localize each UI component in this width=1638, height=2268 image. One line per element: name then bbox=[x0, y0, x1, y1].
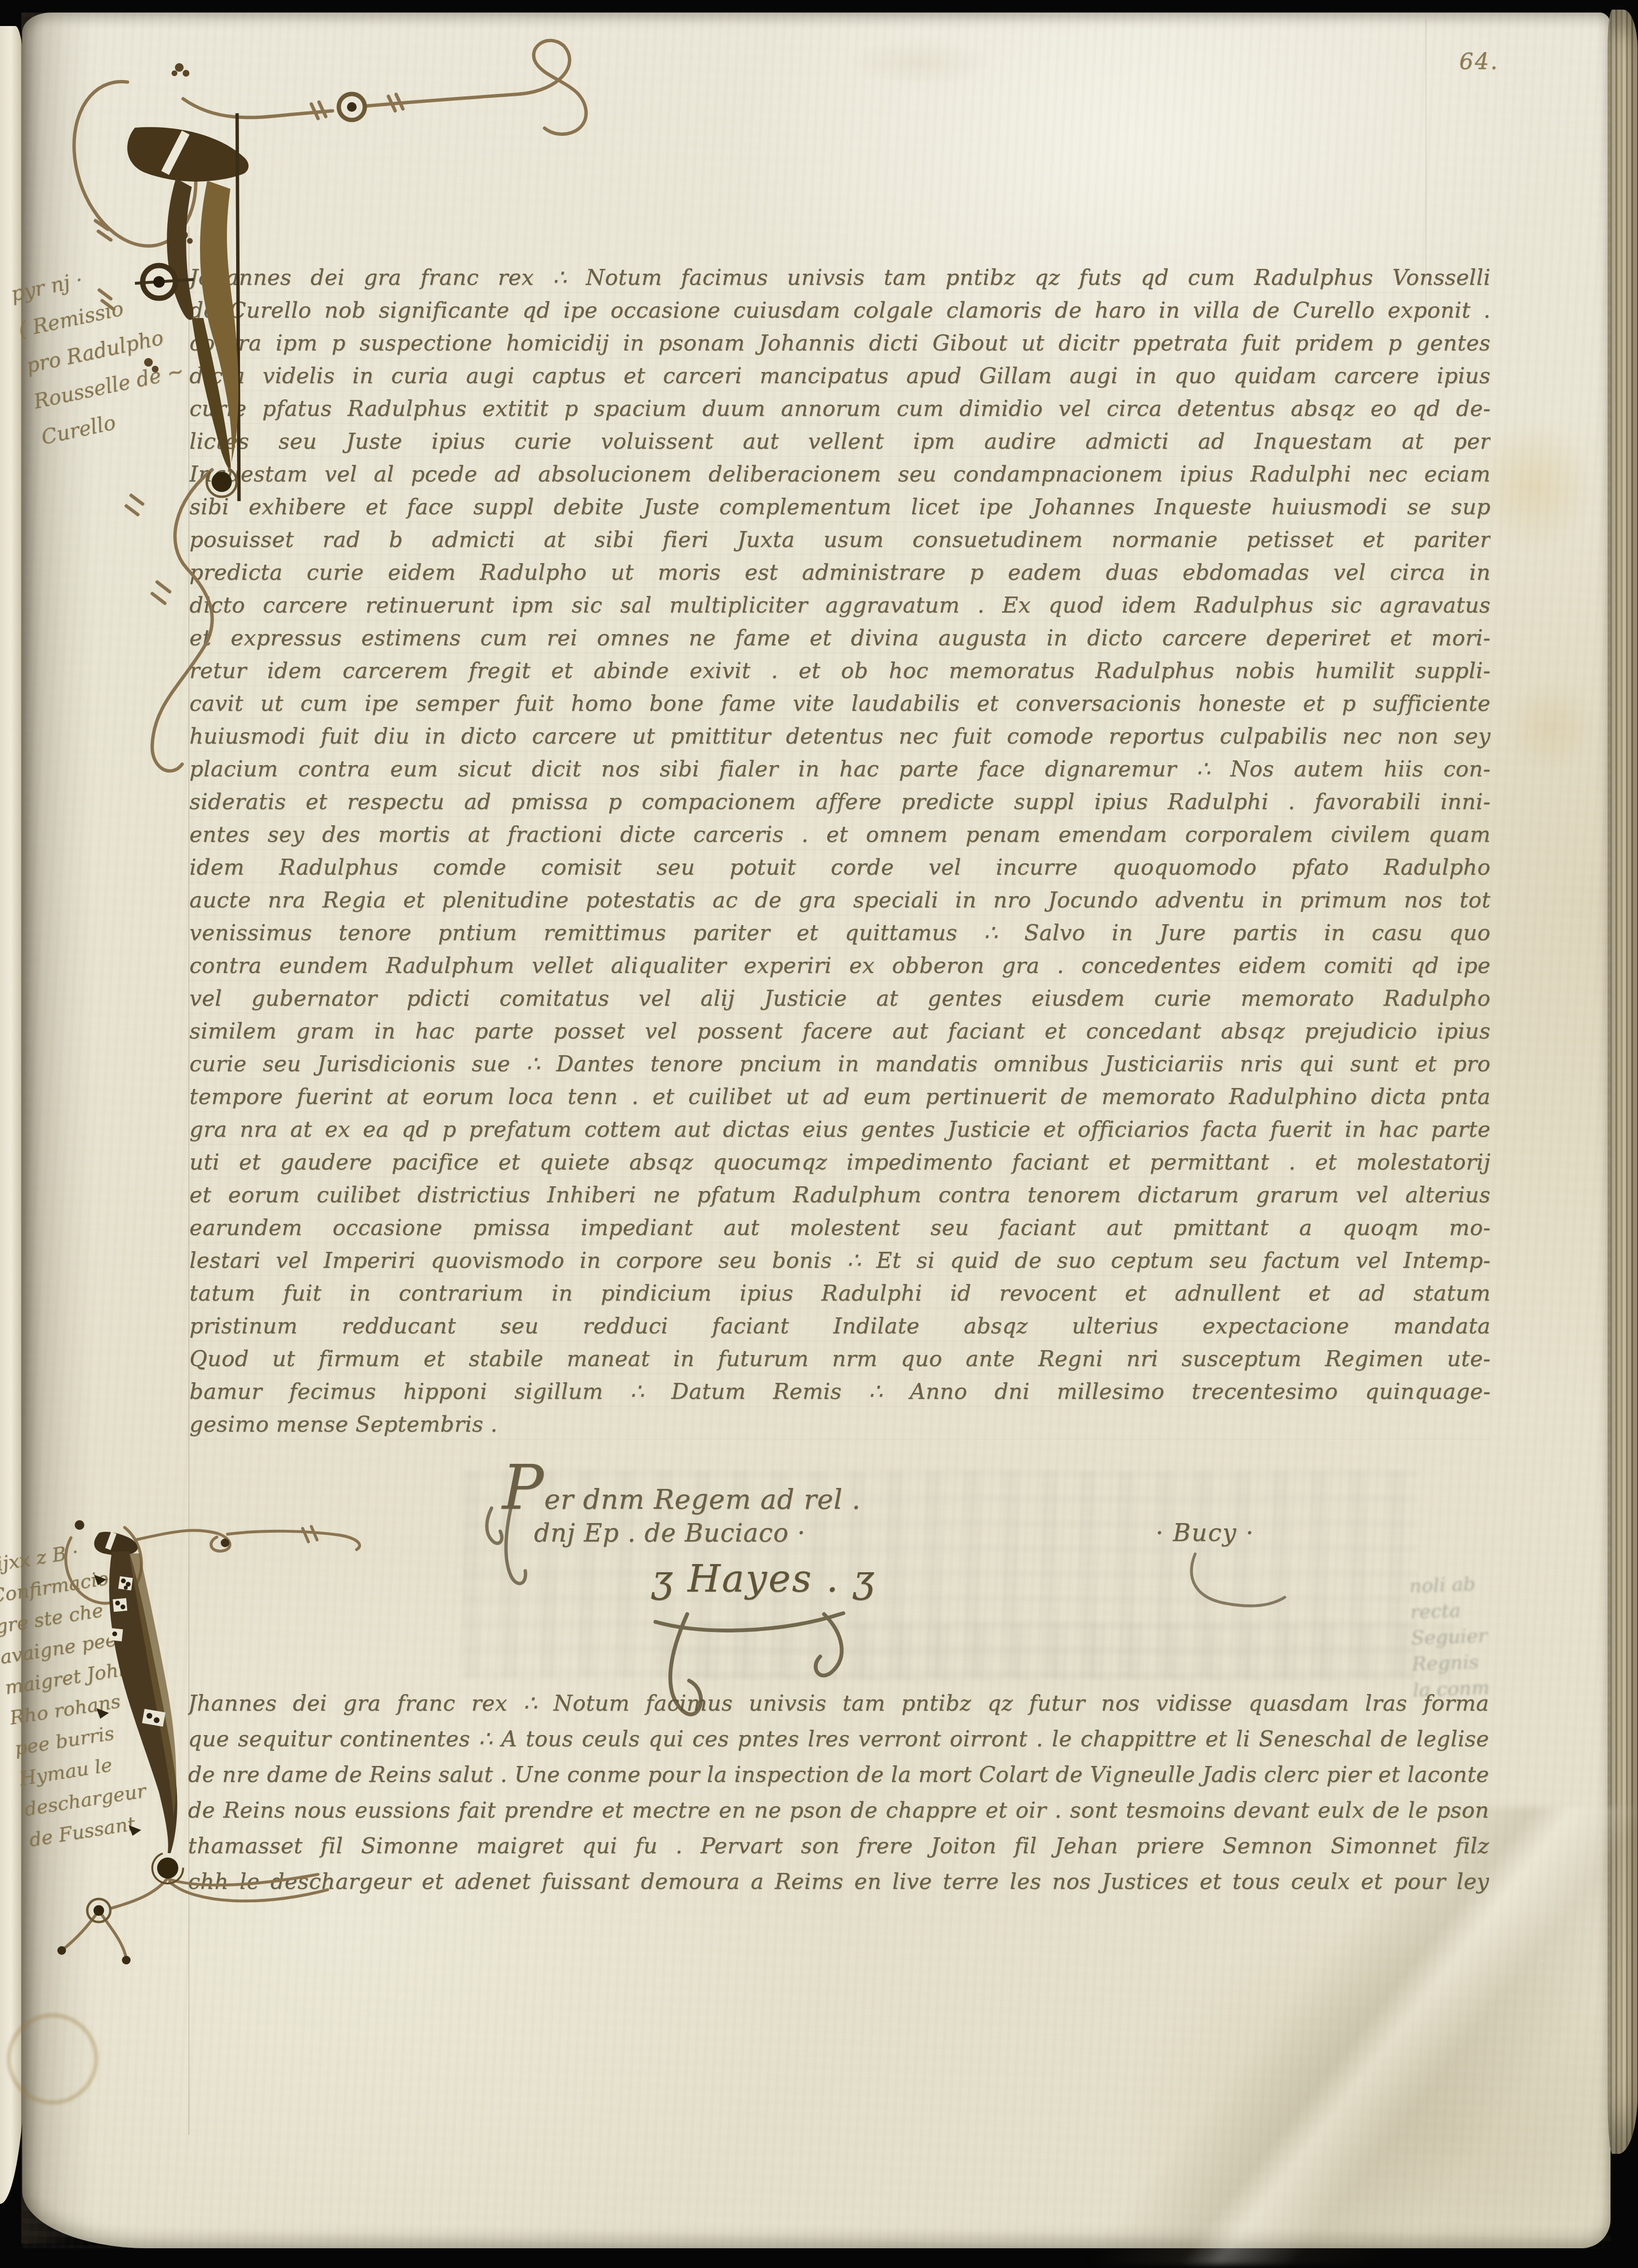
main-text-line: entes sey des mortis at fractioni dicte … bbox=[189, 820, 1491, 852]
main-text-line: uti et gaudere pacifice et quiete absqz … bbox=[189, 1147, 1491, 1180]
main-text-line: earundem occasione pmissa impediant aut … bbox=[189, 1213, 1491, 1246]
main-text-line: bamur fecimus hipponi sigillum ∴ Datum R… bbox=[189, 1377, 1491, 1409]
per-regem-flourish bbox=[477, 1479, 602, 1605]
signature-flourish bbox=[641, 1600, 872, 1735]
main-text-line: tatum fuit in contrarium in pindicium ip… bbox=[189, 1278, 1491, 1311]
main-text-line: gra nra at ex ea qd p prefatum cottem au… bbox=[189, 1114, 1491, 1147]
bucy-flourish bbox=[1166, 1549, 1292, 1636]
main-text-line: sideratis et respectu ad pmissa p compac… bbox=[189, 787, 1491, 820]
clerk-signature-hayes: ʒ Hayes . ʒ bbox=[652, 1557, 876, 1601]
countersign-bucy: · Bucy · bbox=[1156, 1519, 1254, 1547]
main-text-line: lestari vel Imperiri quovismodo in corpo… bbox=[189, 1246, 1491, 1278]
main-text-line: contra eundem Radulphum vellet aliqualit… bbox=[189, 951, 1491, 983]
folio-number: 64. bbox=[1459, 48, 1499, 74]
main-text-line: gesimo mense Septembris . bbox=[189, 1409, 1491, 1442]
main-text-line: pristinum redducant seu redduci faciant … bbox=[189, 1311, 1491, 1344]
bleed-through-text: noli abrectaSeguierRegnisla conm bbox=[1409, 1569, 1558, 1704]
illuminated-initial-top bbox=[63, 19, 631, 781]
main-text-line: tempore fuerint at eorum loca tenn . et … bbox=[189, 1082, 1491, 1114]
main-text-line: et eorum cuilibet districtius Inhiberi n… bbox=[189, 1180, 1491, 1213]
main-text-line: venissimus tenore pntium remittimus pari… bbox=[189, 918, 1491, 951]
illuminated-initial-bottom bbox=[58, 1503, 492, 1985]
main-text-line: aucte nra Regia et plenitudine potestati… bbox=[189, 885, 1491, 918]
main-text-line: similem gram in hac parte posset vel pos… bbox=[189, 1016, 1491, 1049]
manuscript-photo: 64. bbox=[0, 0, 1638, 2268]
page-edge-stack bbox=[1608, 10, 1638, 2154]
main-text-line: idem Radulphus comde comisit seu potuit … bbox=[189, 852, 1491, 885]
main-text-line: curie seu Jurisdicionis sue ∴ Dantes ten… bbox=[189, 1049, 1491, 1082]
main-text-line: vel gubernator pdicti comitatus vel alij… bbox=[189, 983, 1491, 1016]
main-text-line: Quod ut firmum et stabile maneat in futu… bbox=[189, 1344, 1491, 1377]
